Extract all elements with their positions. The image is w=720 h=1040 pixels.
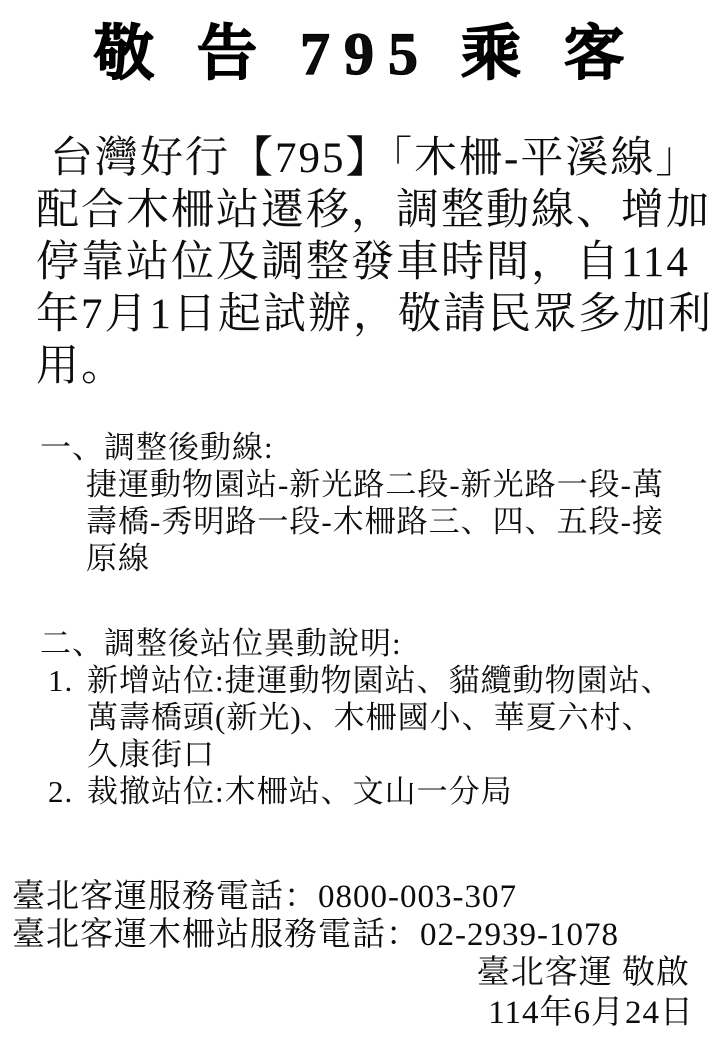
route-line: 原線 bbox=[86, 540, 720, 577]
item-text: 裁撤站位:木柵站、文山一分局 bbox=[87, 773, 720, 810]
route-line: 捷運動物園站-新光路二段-新光路一段-萬 bbox=[86, 466, 720, 503]
section-adjusted-route: 一、調整後動線: 捷運動物園站-新光路二段-新光路一段-萬 壽橋-秀明路一段-木… bbox=[40, 429, 720, 577]
body-line: 配合木柵站遷移，調整動線、增加 bbox=[36, 185, 710, 237]
item-line: 裁撤站位:木柵站、文山一分局 bbox=[87, 773, 720, 810]
signature: 臺北客運 敬啟 bbox=[0, 954, 690, 992]
item-line: 萬壽橋頭(新光)、木柵國小、華夏六村、 bbox=[87, 699, 720, 736]
route-line: 壽橋-秀明路一段-木柵路三、四、五段-接 bbox=[86, 503, 720, 540]
notice-footer: 臺北客運服務電話：0800-003-307 臺北客運木柵站服務電話：02-293… bbox=[0, 878, 720, 1032]
body-line: 停靠站位及調整發車時間，自114 bbox=[36, 237, 710, 289]
route-description: 捷運動物園站-新光路二段-新光路一段-萬 壽橋-秀明路一段-木柵路三、四、五段-… bbox=[86, 466, 720, 577]
item-line: 新增站位:捷運動物園站、貓纜動物園站、 bbox=[87, 662, 720, 699]
stop-item-added: 1. 新增站位:捷運動物園站、貓纜動物園站、 萬壽橋頭(新光)、木柵國小、華夏六… bbox=[48, 662, 720, 773]
phone-line-main: 臺北客運服務電話：0800-003-307 bbox=[12, 878, 720, 916]
item-line: 久康街口 bbox=[87, 736, 720, 773]
notice-document: 敬 告 795 乘 客 台灣好行【795】「木柵-平溪線」 配合木柵站遷移，調整… bbox=[0, 0, 720, 1040]
phone-line-muzha-station: 臺北客運木柵站服務電話：02-2939-1078 bbox=[12, 916, 720, 954]
section-stop-changes: 二、調整後站位異動說明: 1. 新增站位:捷運動物園站、貓纜動物園站、 萬壽橋頭… bbox=[40, 625, 720, 810]
item-number: 1. bbox=[48, 662, 87, 699]
notice-date: 114年6月24日 bbox=[0, 994, 694, 1032]
body-line: 年7月1日起試辦，敬請民眾多加利 bbox=[36, 289, 710, 341]
body-line: 用。 bbox=[36, 341, 710, 393]
notice-title: 敬 告 795 乘 客 bbox=[0, 20, 720, 89]
section-route-heading: 一、調整後動線: bbox=[40, 429, 720, 466]
body-line: 台灣好行【795】「木柵-平溪線」 bbox=[36, 133, 710, 185]
item-text: 新增站位:捷運動物園站、貓纜動物園站、 萬壽橋頭(新光)、木柵國小、華夏六村、 … bbox=[87, 662, 720, 773]
stop-item-removed: 2. 裁撤站位:木柵站、文山一分局 bbox=[48, 773, 720, 810]
section-stops-heading: 二、調整後站位異動說明: bbox=[40, 625, 720, 662]
item-number: 2. bbox=[48, 773, 87, 810]
notice-body: 台灣好行【795】「木柵-平溪線」 配合木柵站遷移，調整動線、增加 停靠站位及調… bbox=[36, 133, 710, 393]
